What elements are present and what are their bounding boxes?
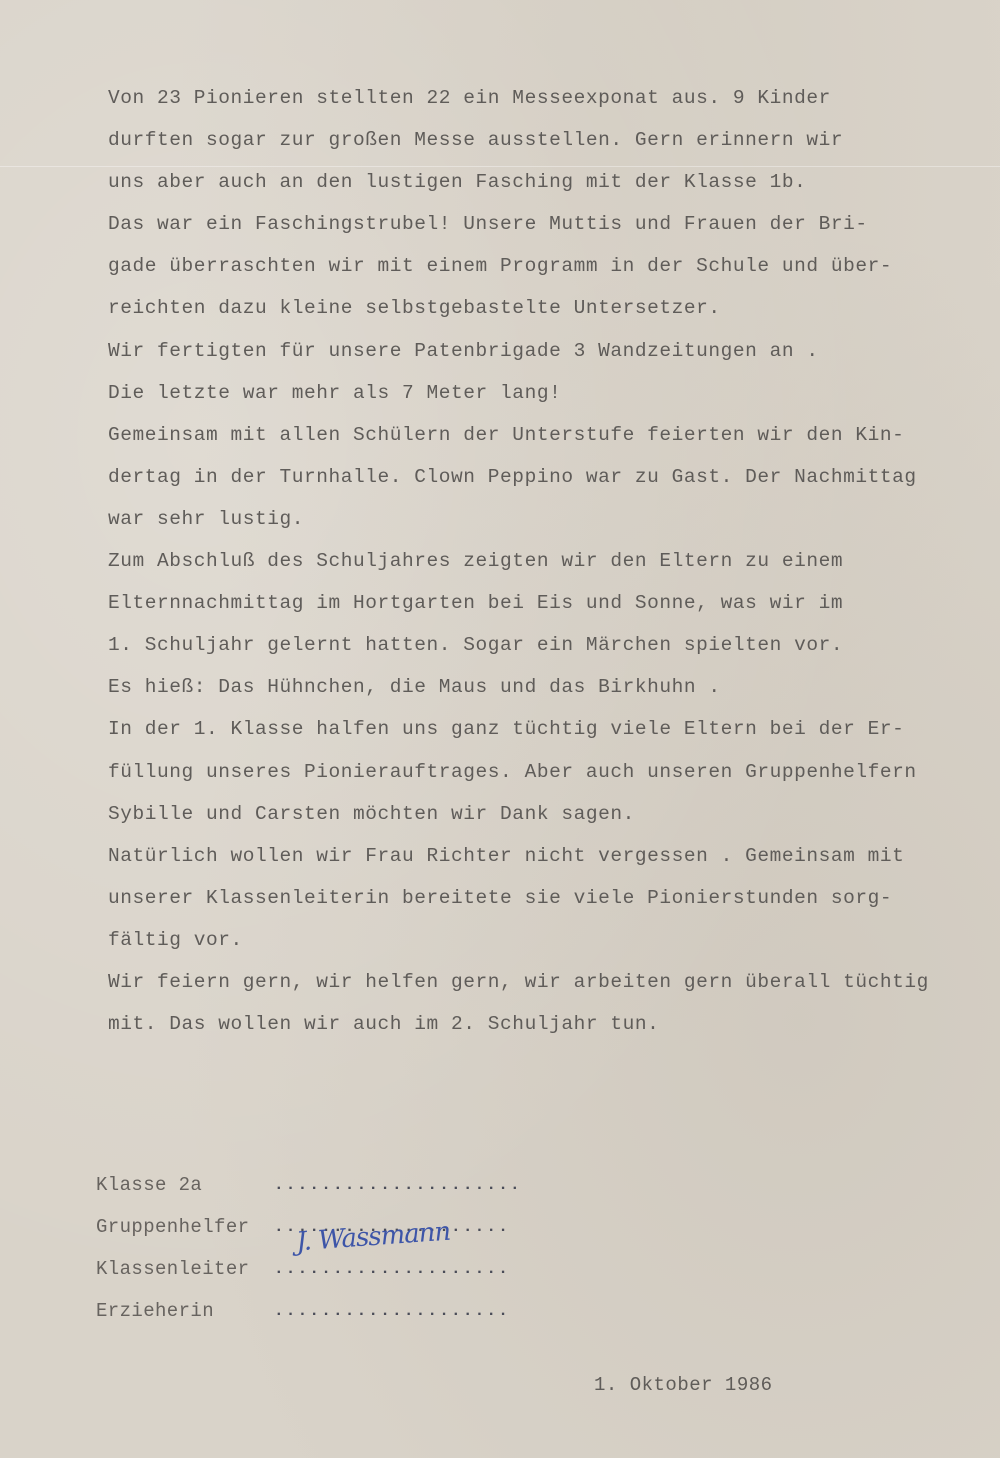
body-line: Natürlich wollen wir Frau Richter nicht … bbox=[108, 842, 978, 884]
body-line: uns aber auch an den lustigen Fasching m… bbox=[108, 168, 978, 210]
body-line: Sybille und Carsten möchten wir Dank sag… bbox=[108, 800, 978, 842]
body-line: Zum Abschluß des Schuljahres zeigten wir… bbox=[108, 547, 978, 589]
signature-label: Klasse 2a bbox=[96, 1174, 274, 1196]
document-date: 1. Oktober 1986 bbox=[594, 1374, 773, 1396]
body-line: durften sogar zur großen Messe ausstelle… bbox=[108, 126, 978, 168]
signature-dotted-line: .................... bbox=[274, 1302, 510, 1320]
body-line: Die letzte war mehr als 7 Meter lang! bbox=[108, 379, 978, 421]
body-line: Es hieß: Das Hühnchen, die Maus und das … bbox=[108, 673, 978, 715]
signature-row-educator: Erzieherin .................... bbox=[96, 1290, 522, 1332]
signature-label: Erzieherin bbox=[96, 1300, 274, 1322]
body-line: mit. Das wollen wir auch im 2. Schuljahr… bbox=[108, 1010, 978, 1052]
signature-label: Gruppenhelfer bbox=[96, 1216, 274, 1238]
body-line: Das war ein Faschingstrubel! Unsere Mutt… bbox=[108, 210, 978, 252]
body-line: dertag in der Turnhalle. Clown Peppino w… bbox=[108, 463, 978, 505]
body-line: 1. Schuljahr gelernt hatten. Sogar ein M… bbox=[108, 631, 978, 673]
body-line: unserer Klassenleiterin bereitete sie vi… bbox=[108, 884, 978, 926]
signature-row-class: Klasse 2a ..................... bbox=[96, 1164, 522, 1206]
body-line: war sehr lustig. bbox=[108, 505, 978, 547]
body-line: Elternnachmittag im Hortgarten bei Eis u… bbox=[108, 589, 978, 631]
letter-body: Von 23 Pionieren stellten 22 ein Messeex… bbox=[108, 84, 978, 1052]
body-line: Gemeinsam mit allen Schülern der Unterst… bbox=[108, 421, 978, 463]
typed-letter-page: Von 23 Pionieren stellten 22 ein Messeex… bbox=[0, 0, 1000, 1458]
signature-dotted-line: .................... bbox=[274, 1260, 510, 1278]
body-line: fältig vor. bbox=[108, 926, 978, 968]
body-line: In der 1. Klasse halfen uns ganz tüchtig… bbox=[108, 715, 978, 757]
signature-dotted-line: ..................... bbox=[274, 1176, 522, 1194]
body-line: Von 23 Pionieren stellten 22 ein Messeex… bbox=[108, 84, 978, 126]
body-line: Wir feiern gern, wir helfen gern, wir ar… bbox=[108, 968, 978, 1010]
body-line: Wir fertigten für unsere Patenbrigade 3 … bbox=[108, 337, 978, 379]
body-line: gade überraschten wir mit einem Programm… bbox=[108, 252, 978, 294]
body-line: reichten dazu kleine selbstgebastelte Un… bbox=[108, 294, 978, 336]
signature-label: Klassenleiter bbox=[96, 1258, 274, 1280]
body-line: füllung unseres Pionierauftrages. Aber a… bbox=[108, 758, 978, 800]
